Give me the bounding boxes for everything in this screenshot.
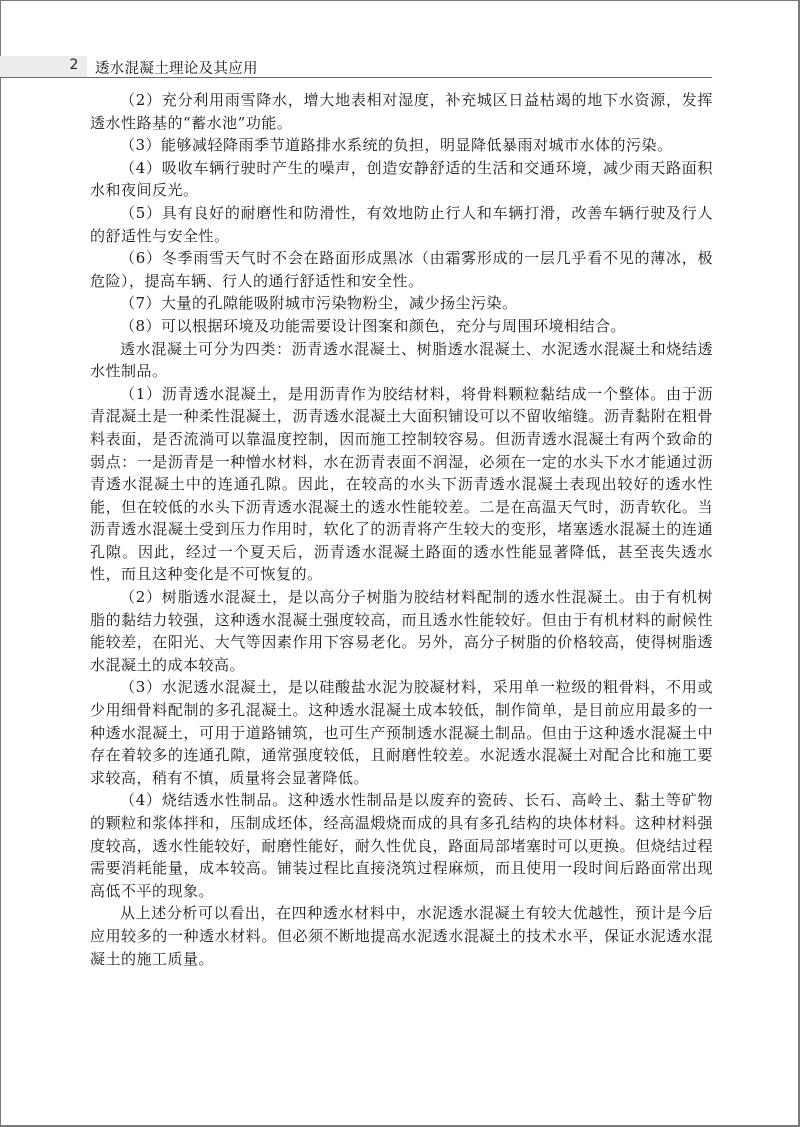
header-shade <box>0 56 60 77</box>
paragraph-advantage-4: （4）吸收车辆行驶时产生的噪声，创造安静舒适的生活和交通环境，减少雨天路面积水和… <box>90 157 713 202</box>
paragraph-advantage-3: （3）能够减轻降雨季节道路排水系统的负担，明显降低暴雨对城市水体的污染。 <box>90 134 713 157</box>
paragraph-classification: 透水混凝土可分为四类：沥青透水混凝土、树脂透水混凝土、水泥透水混凝土和烧结透水性… <box>90 338 713 383</box>
paragraph-asphalt: （1）沥青透水混凝土，是用沥青作为胶结材料，将骨料颗粒黏结成一个整体。由于沥青混… <box>90 383 713 586</box>
paragraph-advantage-5: （5）具有良好的耐磨性和防滑性，有效地防止行人和车辆打滑，改善车辆行驶及行人的舒… <box>90 202 713 247</box>
body-text: （2）充分利用雨雪降水，增大地表相对湿度，补充城区日益枯竭的地下水资源，发挥透水… <box>90 89 713 970</box>
paragraph-advantage-8: （8）可以根据环境及功能需要设计图案和颜色，充分与周围环境相结合。 <box>90 315 713 338</box>
paragraph-conclusion: 从上述分析可以看出，在四种透水材料中，水泥透水混凝土有较大优越性，预计是今后应用… <box>90 902 713 970</box>
paragraph-advantage-2: （2）充分利用雨雪降水，增大地表相对湿度，补充城区日益枯竭的地下水资源，发挥透水… <box>90 89 713 134</box>
page-number: 2 <box>66 57 82 73</box>
paragraph-resin: （2）树脂透水混凝土，是以高分子树脂为胶结材料配制的透水性混凝土。由于有机树脂的… <box>90 586 713 676</box>
paragraph-sintered: （4）烧结透水性制品。这种透水性制品是以废弃的瓷砖、长石、高岭土、黏土等矿物的颗… <box>90 789 713 902</box>
paragraph-cement: （3）水泥透水混凝土，是以硅酸盐水泥为胶凝材料，采用单一粒级的粗骨料，不用或少用… <box>90 676 713 789</box>
paragraph-advantage-6: （6）冬季雨雪天气时不会在路面形成黑冰（由霜雾形成的一层几乎看不见的薄冰，极危险… <box>90 247 713 292</box>
book-title: 透水混凝土理论及其应用 <box>95 57 258 78</box>
running-head: 2 透水混凝土理论及其应用 <box>0 56 712 78</box>
paragraph-advantage-7: （7）大量的孔隙能吸附城市污染物粉尘，减少扬尘污染。 <box>90 292 713 315</box>
